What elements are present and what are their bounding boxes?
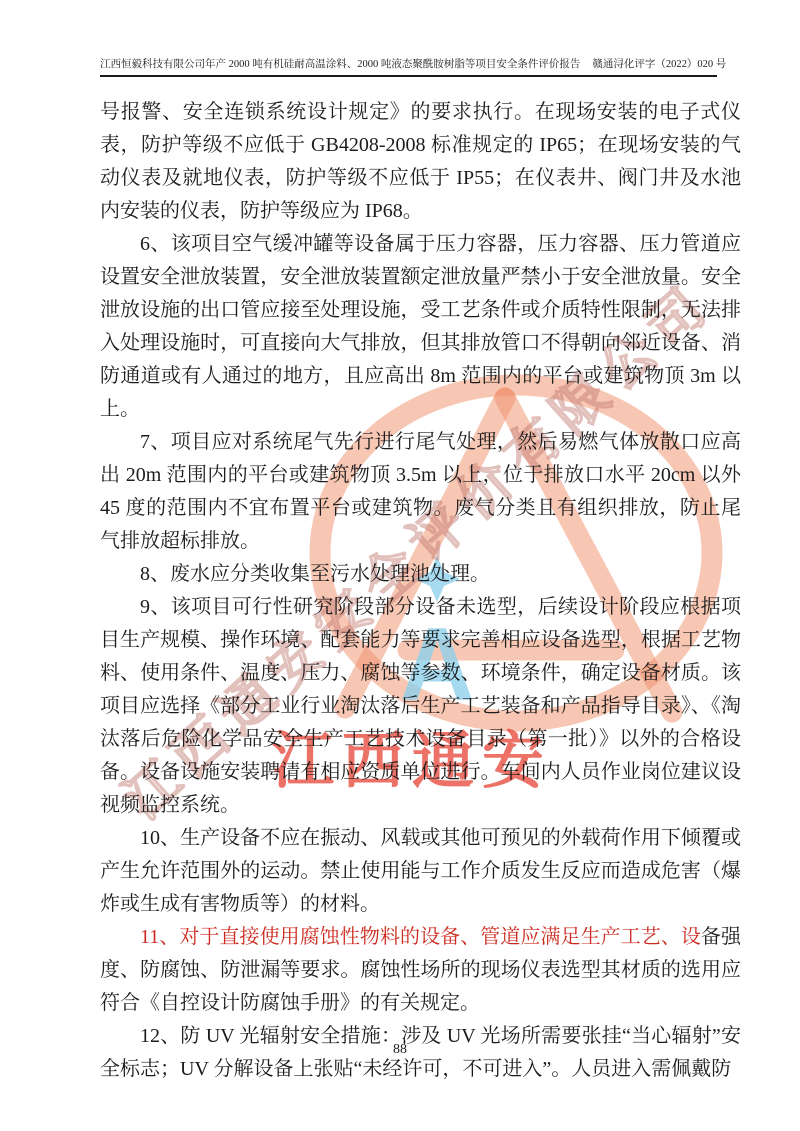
paragraph-6: 6、该项目空气缓冲罐等设备属于压力容器，压力容器、压力管道应设置安全泄放装置，安… <box>100 228 741 426</box>
page-header: 江西恒毅科技有限公司年产 2000 吨有机硅耐高温涂料、2000 吨液态聚酰胺树… <box>100 56 717 77</box>
paragraph-7: 7、项目应对系统尾气先行进行尾气处理，然后易燃气体放散口应高出 20m 范围内的… <box>100 426 741 558</box>
page-number: 88 <box>0 1042 800 1058</box>
paragraph-continuation: 号报警、安全连锁系统设计规定》的要求执行。在现场安装的电子式仪表，防护等级不应低… <box>100 96 741 228</box>
header-doc-number: 赣通浔化评字（2022）020 号 <box>592 56 726 71</box>
paragraph-9: 9、该项目可行性研究阶段部分设备未选型，后续设计阶段应根据项目生产规模、操作环境… <box>100 591 741 822</box>
paragraph-10: 10、生产设备不应在振动、风载或其他可预见的外载荷作用下倾覆或产生允许范围外的运… <box>100 822 741 921</box>
document-page: A 江西通安安全评价有限公司 江西通安 江西恒毅科技有限公司年产 2000 吨有… <box>0 0 800 1131</box>
paragraph-11: 11、对于直接使用腐蚀性物料的设备、管道应满足生产工艺、设备强度、防腐蚀、防泄漏… <box>100 921 741 1020</box>
body-text: 号报警、安全连锁系统设计规定》的要求执行。在现场安装的电子式仪表，防护等级不应低… <box>100 96 741 1086</box>
page-content: 江西恒毅科技有限公司年产 2000 吨有机硅耐高温涂料、2000 吨液态聚酰胺树… <box>0 0 800 1131</box>
header-report-title: 江西恒毅科技有限公司年产 2000 吨有机硅耐高温涂料、2000 吨液态聚酰胺树… <box>100 56 580 71</box>
paragraph-8: 8、废水应分类收集至污水处理池处理。 <box>100 558 741 591</box>
paragraph-11-red-segment: 11、对于直接使用腐蚀性物料的设备、管道应满足生产工艺、设 <box>140 926 701 948</box>
